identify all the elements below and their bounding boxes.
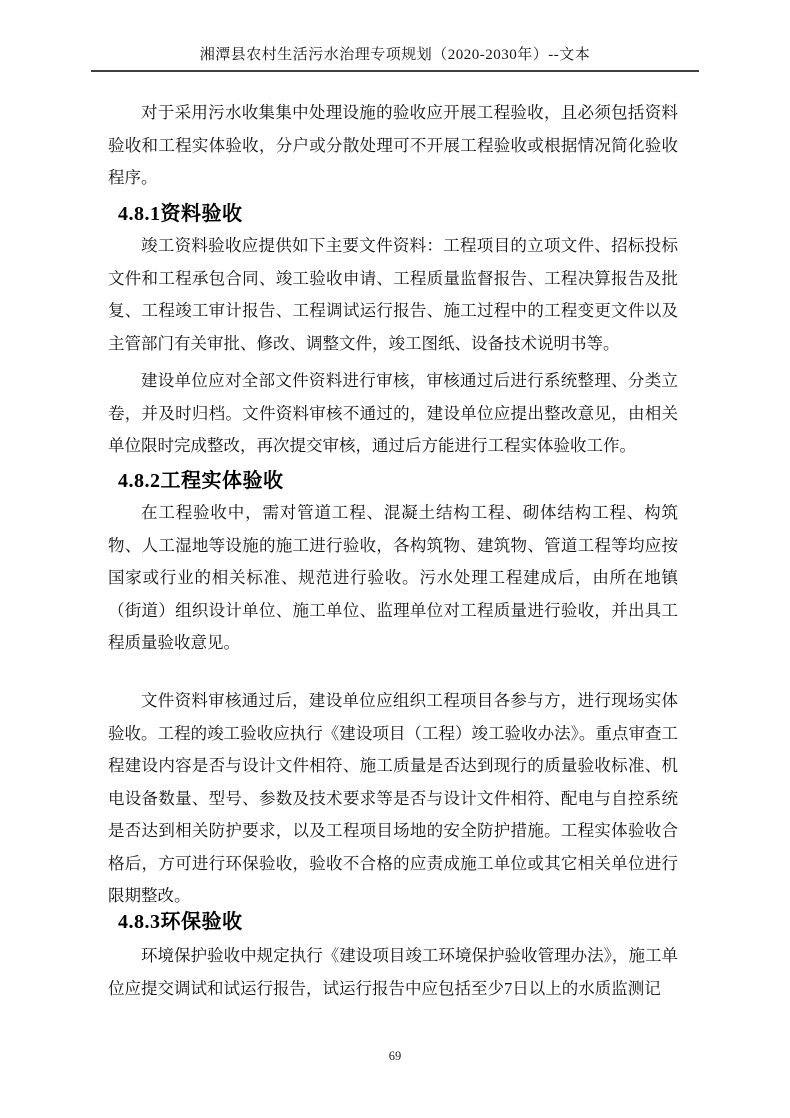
running-header-title: 湘潭县农村生活污水治理专项规划（2020-2030年）--文本	[91, 44, 699, 66]
section-4-8-2-paragraph-2: 文件资料审核通过后，建设单位应组织工程项目各参与方，进行现场实体验收。工程的竣工…	[108, 685, 678, 913]
section-4-8-1-paragraph-1: 竣工资料验收应提供如下主要文件资料：工程项目的立项文件、招标投标文件和工程承包合…	[108, 230, 678, 360]
intro-paragraph: 对于采用污水收集集中处理设施的验收应开展工程验收，且必须包括资料验收和工程实体验…	[108, 97, 678, 195]
section-4-8-1-paragraph-2: 建设单位应对全部文件资料进行审核，审核通过后进行系统整理、分类立卷，并及时归档。…	[108, 365, 678, 463]
section-heading-4-8-3: 4.8.3环保验收	[118, 907, 243, 937]
section-heading-4-8-2: 4.8.2工程实体验收	[118, 466, 284, 496]
header-divider-line	[91, 70, 699, 72]
section-heading-4-8-1: 4.8.1资料验收	[118, 199, 243, 229]
page-number: 69	[0, 1048, 790, 1064]
document-page: 湘潭县农村生活污水治理专项规划（2020-2030年）--文本 对于采用污水收集…	[0, 0, 790, 1118]
section-4-8-2-paragraph-1: 在工程验收中，需对管道工程、混凝土结构工程、砌体结构工程、构筑物、人工湿地等设施…	[108, 497, 678, 660]
section-4-8-3-paragraph-1: 环境保护验收中规定执行《建设项目竣工环境保护验收管理办法》，施工单位应提交调试和…	[108, 940, 678, 1005]
